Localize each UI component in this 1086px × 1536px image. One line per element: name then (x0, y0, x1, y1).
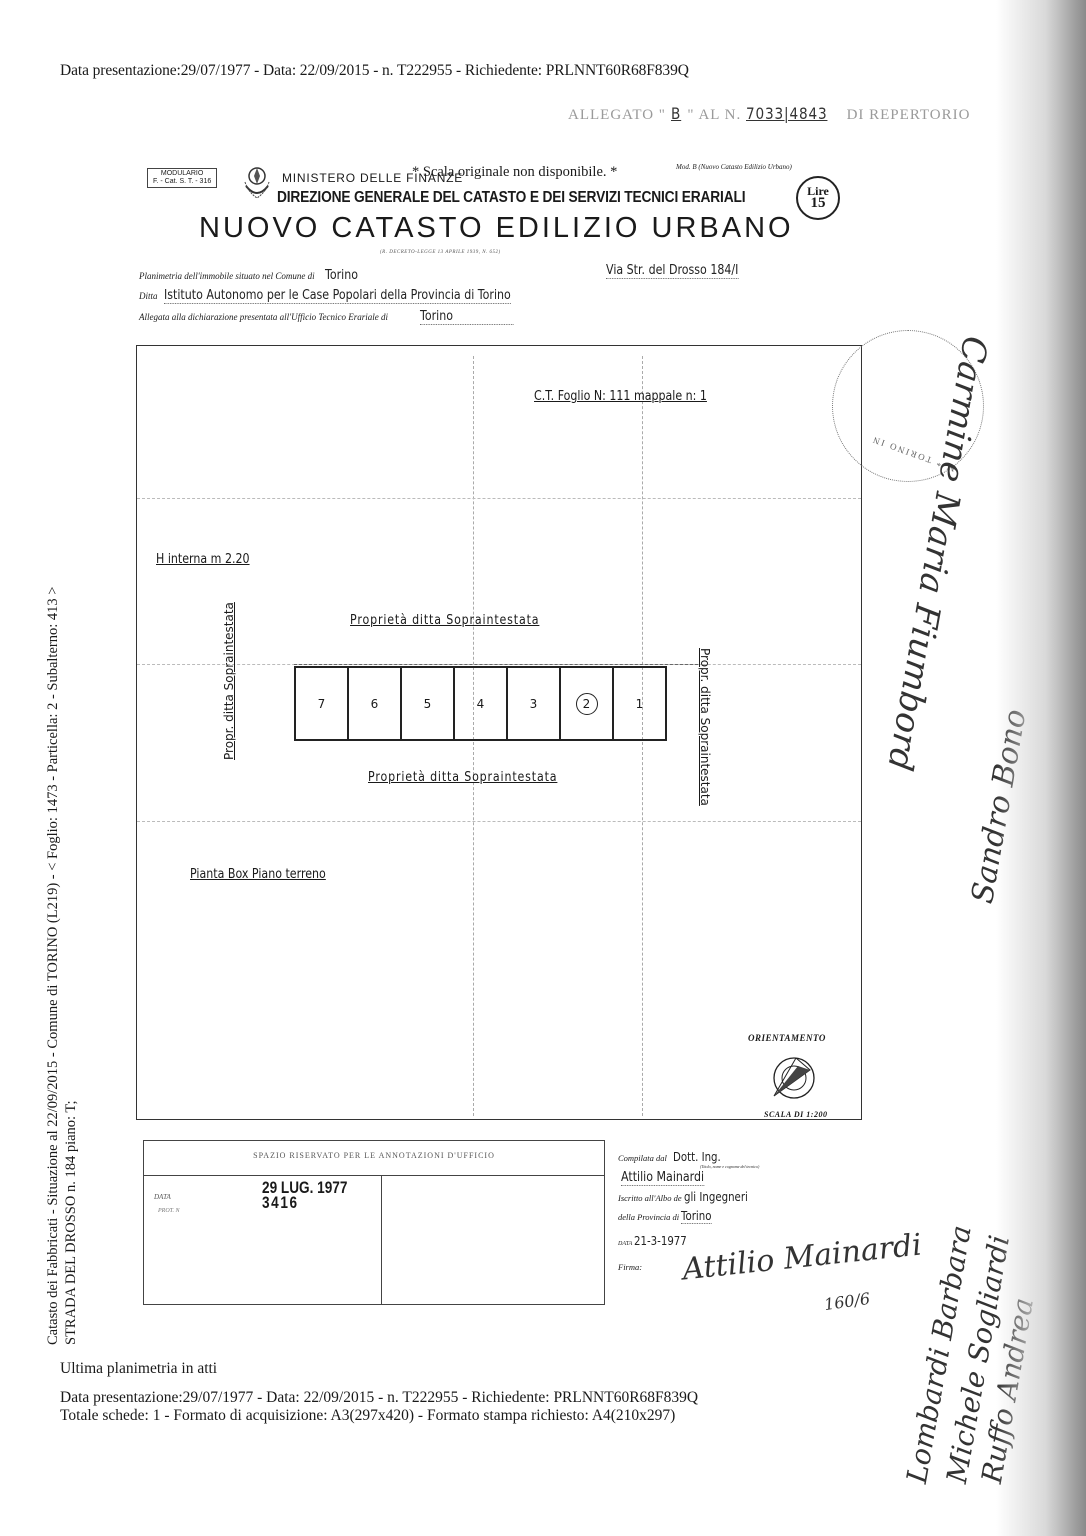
albo-value: gli Ingegneri (684, 1190, 748, 1204)
firma-row: Firma: (618, 1262, 642, 1272)
box-number: 4 (477, 697, 485, 711)
allegato-letter: B (671, 104, 681, 123)
modulario-line1: MODULARIO (153, 170, 211, 178)
direzione-title: DIREZIONE GENERALE DEL CATASTO E DEI SER… (277, 189, 745, 207)
compilata-label: Compilata dal (618, 1153, 667, 1163)
garage-box-1: 1 (614, 668, 667, 739)
side-info-line2: STRADA DEL DROSSO n. 184 piano: T; (62, 445, 80, 1345)
orientamento-label: ORIENTAMENTO (748, 1033, 826, 1043)
compilata-row: Compilata dal Dott. Ing. (618, 1150, 729, 1164)
reference-number: 160/6 (823, 1289, 871, 1314)
ultima-planimetria: Ultima planimetria in atti (60, 1360, 217, 1378)
box-number: 5 (424, 697, 432, 711)
proprieta-left-label: Propr. ditta Sopraintestata (222, 602, 236, 760)
allegato-prefix: ALLEGATO " (568, 107, 666, 123)
allegato-mid: " AL N. (687, 107, 741, 123)
via-field: Via Str. del Drosso 184/I (606, 263, 762, 279)
prot-label: PROT. N (158, 1208, 180, 1214)
allegato-suffix: DI REPERTORIO (847, 107, 971, 123)
lire-stamp: Lire 15 (796, 176, 840, 220)
garage-box-2-selected: 2 (561, 668, 614, 739)
title-value: Dott. Ing. (673, 1150, 721, 1164)
garage-boxes: 7 6 5 4 3 2 1 (294, 666, 667, 741)
compiler-data-value: 21-3-1977 (634, 1234, 687, 1248)
box-number-circled: 2 (576, 693, 598, 715)
garage-box-6: 6 (349, 668, 402, 739)
planimetria-label: Planimetria dell'immobile situato nel Co… (139, 271, 315, 281)
ditta-label: Ditta (139, 291, 158, 301)
via-value: Via Str. del Drosso 184/I (606, 263, 738, 279)
engineer-signature: Attilio Mainardi (681, 1228, 924, 1288)
dimension-line (294, 664, 698, 665)
compiler-name-row: Attilio Mainardi (621, 1168, 719, 1186)
ct-foglio-label: C.T. Foglio N: 111 mappale n: 1 (534, 389, 707, 404)
allegata-label: Allegata alla dichiarazione presentata a… (139, 312, 388, 322)
compiler-date-row: DATA 21-3-1977 (618, 1234, 697, 1248)
office-box-title: SPAZIO RISERVATO PER LE ANNOTAZIONI D'UF… (144, 1151, 604, 1160)
compass-icon (768, 1052, 818, 1102)
ditta-value: Istituto Autonomo per le Case Popolari d… (164, 288, 511, 304)
grid-line (137, 498, 861, 499)
grid-line (137, 821, 861, 822)
provincia-label: della Provincia di (618, 1212, 679, 1222)
box-number: 1 (636, 697, 644, 711)
footer-line2: Totale schede: 1 - Formato di acquisizio… (60, 1407, 675, 1425)
box-number: 3 (530, 697, 538, 711)
document-title: NUOVO CATASTO EDILIZIO URBANO (199, 212, 794, 245)
garage-box-3: 3 (508, 668, 561, 739)
garage-box-4: 4 (455, 668, 508, 739)
footer-line1: Data presentazione:29/07/1977 - Data: 22… (60, 1389, 698, 1407)
box-number: 7 (318, 697, 326, 711)
modulario-line2: F. - Cat. S. T. - 316 (153, 178, 211, 186)
comune-value: Torino (325, 268, 358, 283)
scala-label: SCALA DI 1:200 (764, 1110, 827, 1119)
emblem-icon (242, 164, 272, 202)
box-number: 6 (371, 697, 379, 711)
garage-box-5: 5 (402, 668, 455, 739)
pianta-label: Pianta Box Piano terreno (190, 867, 326, 882)
provincia-value: Torino (681, 1209, 711, 1224)
allegato-annotation: ALLEGATO " B " AL N. 7033|4843 DI REPERT… (568, 104, 970, 124)
divider (381, 1175, 382, 1304)
divider (144, 1175, 604, 1176)
proprieta-top-label: Proprietà ditta Sopraintestata (350, 613, 539, 628)
garage-box-7: 7 (296, 668, 349, 739)
side-info-line1: Catasto dei Fabbricati - Situazione al 2… (44, 445, 62, 1345)
proprieta-right-label: Propr. ditta Sopraintestata (698, 648, 712, 806)
modulario-label: MODULARIO F. - Cat. S. T. - 316 (147, 168, 217, 188)
firma-label: Firma: (618, 1262, 642, 1272)
side-info: Catasto dei Fabbricati - Situazione al 2… (44, 445, 80, 1345)
altezza-label: H interna m 2.20 (156, 552, 250, 567)
decreto-note: (R. DECRETO-LEGGE 13 APRILE 1939, N. 652… (380, 250, 501, 255)
compiler-data-label: DATA (618, 1241, 632, 1247)
ditta-row: Ditta Istituto Autonomo per le Case Popo… (139, 288, 572, 304)
planimetria-row: Planimetria dell'immobile situato nel Co… (139, 268, 364, 283)
page-edge-shadow (996, 0, 1086, 1536)
data-label: DATA (154, 1193, 171, 1201)
allegata-row: Allegata alla dichiarazione presentata a… (139, 309, 530, 325)
proprieta-bottom-label: Proprietà ditta Sopraintestata (368, 770, 557, 785)
provincia-row: della Provincia di Torino (618, 1209, 717, 1224)
iscritto-label: Iscritto all'Albo de (618, 1193, 682, 1203)
stamp-number: 3416 (262, 1193, 299, 1213)
scala-note: * Scala originale non disponibile. * (412, 164, 617, 181)
lire-value: 15 (798, 197, 838, 209)
compiler-name: Attilio Mainardi (621, 1170, 704, 1186)
ufficio-value: Torino (420, 309, 514, 325)
iscritto-row: Iscritto all'Albo de gli Ingegneri (618, 1190, 759, 1204)
office-annotation-box: SPAZIO RISERVATO PER LE ANNOTAZIONI D'UF… (143, 1140, 605, 1305)
allegato-number: 7033|4843 (746, 104, 827, 123)
mod-b-label: Mod. B (Nuovo Catasto Edilizio Urbano) (676, 163, 792, 171)
header-info-line: Data presentazione:29/07/1977 - Data: 22… (60, 62, 689, 80)
